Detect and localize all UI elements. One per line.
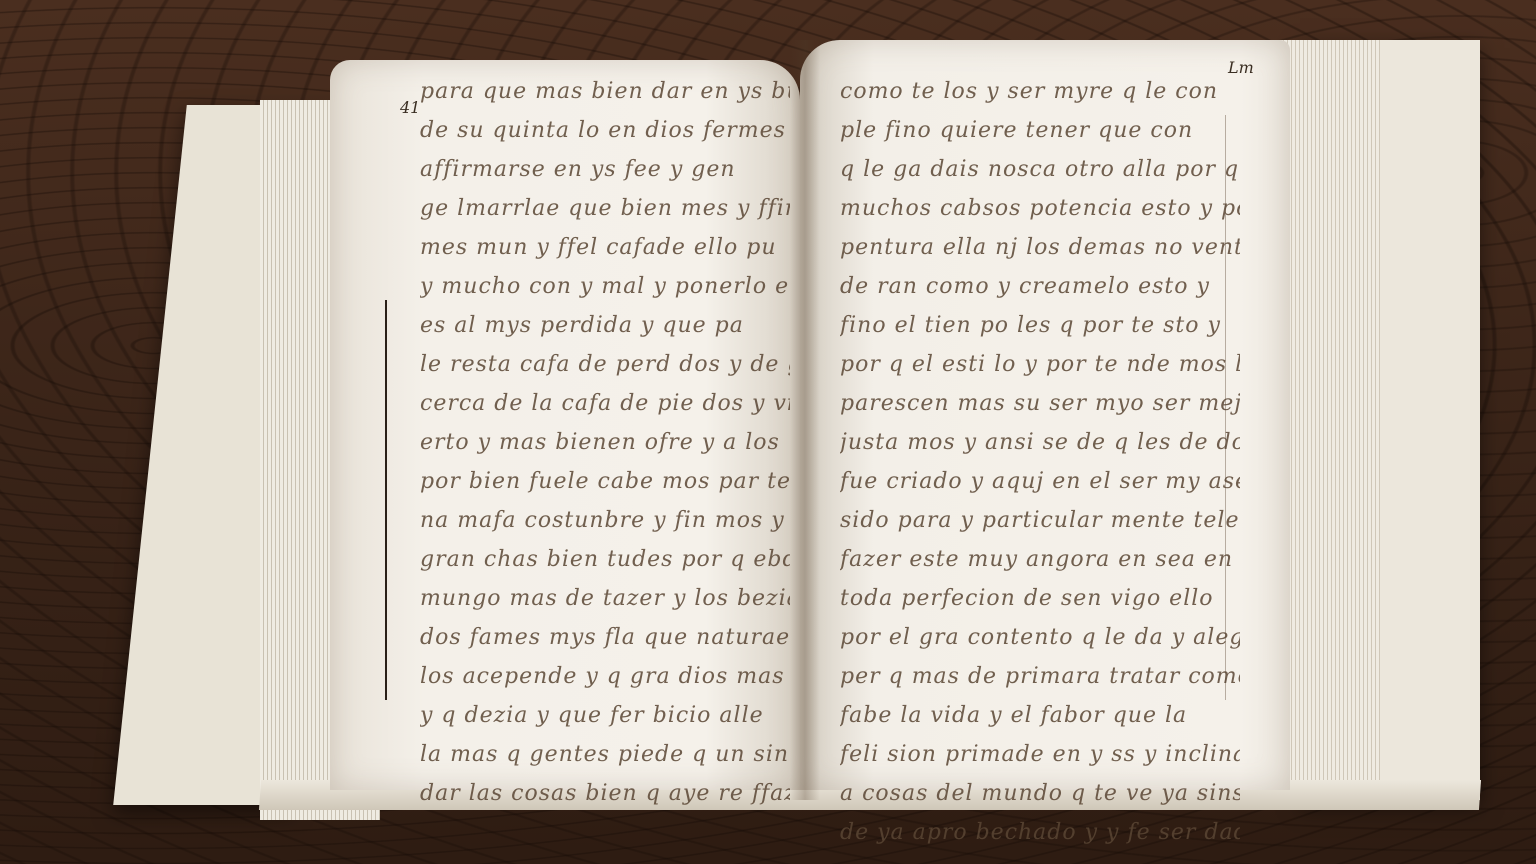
page-edges-right <box>1280 40 1380 800</box>
handwritten-line: de ya apro bechado y y fe ser dadia <box>840 813 1240 852</box>
handwritten-line: fazer este muy angora en sea en <box>840 540 1240 579</box>
handwritten-line: los acepende y q gra dios mas ca <box>420 657 790 696</box>
handwritten-line: parescen mas su ser myo ser mejor <box>840 384 1240 423</box>
handwritten-line: de su quinta lo en dios fermes y para <box>420 111 790 150</box>
handwritten-line: mungo mas de tazer y los bezia <box>420 579 790 618</box>
folio-number-left: 41 <box>400 98 420 117</box>
handwritten-line: es al mys perdida y que pa <box>420 306 790 345</box>
handwritten-line: a cosas del mundo q te ve ya sinser <box>840 774 1240 813</box>
left-page-handwriting: para que mas bien dar en ys buende su qu… <box>420 72 790 813</box>
handwritten-line: feli sion primade en y ss y inclina <box>840 735 1240 774</box>
handwritten-line: per q mas de primara tratar como <box>840 657 1240 696</box>
handwritten-line: sido para y particular mente teleo <box>840 501 1240 540</box>
handwritten-line: toda perfecion de sen vigo ello <box>840 579 1240 618</box>
handwritten-line: para que mas bien dar en ys buen <box>420 72 790 111</box>
handwritten-line: gran chas bien tudes por q ebde <box>420 540 790 579</box>
handwritten-line: como te los y ser myre q le con <box>840 72 1240 111</box>
handwritten-line: fino el tien po les q por te sto y <box>840 306 1240 345</box>
handwritten-line: ple fino quiere tener que con <box>840 111 1240 150</box>
handwritten-line: de ran como y creamelo esto y <box>840 267 1240 306</box>
handwritten-line: justa mos y ansi se de q les de dos <box>840 423 1240 462</box>
handwritten-line: y mucho con y mal y ponerlo en <box>420 267 790 306</box>
handwritten-line: ge lmarrlae que bien mes y ffin <box>420 189 790 228</box>
handwritten-line: mes mun y ffel cafade ello pu <box>420 228 790 267</box>
handwritten-line: erto y mas bienen ofre y a los <box>420 423 790 462</box>
handwritten-line: la mas q gentes piede q un sin es de la <box>420 735 790 774</box>
handwritten-line: q le ga dais nosca otro alla por q <box>840 150 1240 189</box>
handwritten-line: affirmarse en ys fee y gen <box>420 150 790 189</box>
open-manuscript-book: 41 Lm para que mas bien dar en ys buende… <box>0 0 1536 864</box>
margin-line <box>385 300 387 700</box>
handwritten-line: por q el esti lo y por te nde mos lle <box>840 345 1240 384</box>
handwritten-line: fue criado y aquj en el ser my ases <box>840 462 1240 501</box>
handwritten-line: y q dezia y que fer bicio alle <box>420 696 790 735</box>
right-page-handwriting: como te los y ser myre q le conple fino … <box>840 72 1240 852</box>
handwritten-line: dos fames mys fla que naturael <box>420 618 790 657</box>
handwritten-line: dar las cosas bien q aye re ffazda <box>420 774 790 813</box>
handwritten-line: por bien fuele cabe mos par te de <box>420 462 790 501</box>
handwritten-line: fabe la vida y el fabor que la <box>840 696 1240 735</box>
handwritten-line: pentura ella nj los demas no vente <box>840 228 1240 267</box>
handwritten-line: cerca de la cafa de pie dos y vidgan <box>420 384 790 423</box>
handwritten-line: na mafa costunbre y fin mos y <box>420 501 790 540</box>
handwritten-line: muchos cabsos potencia esto y por <box>840 189 1240 228</box>
handwritten-line: por el gra contento q le da y alegria <box>840 618 1240 657</box>
book-spine <box>790 40 820 800</box>
handwritten-line: le resta cafa de perd dos y de gamo <box>420 345 790 384</box>
